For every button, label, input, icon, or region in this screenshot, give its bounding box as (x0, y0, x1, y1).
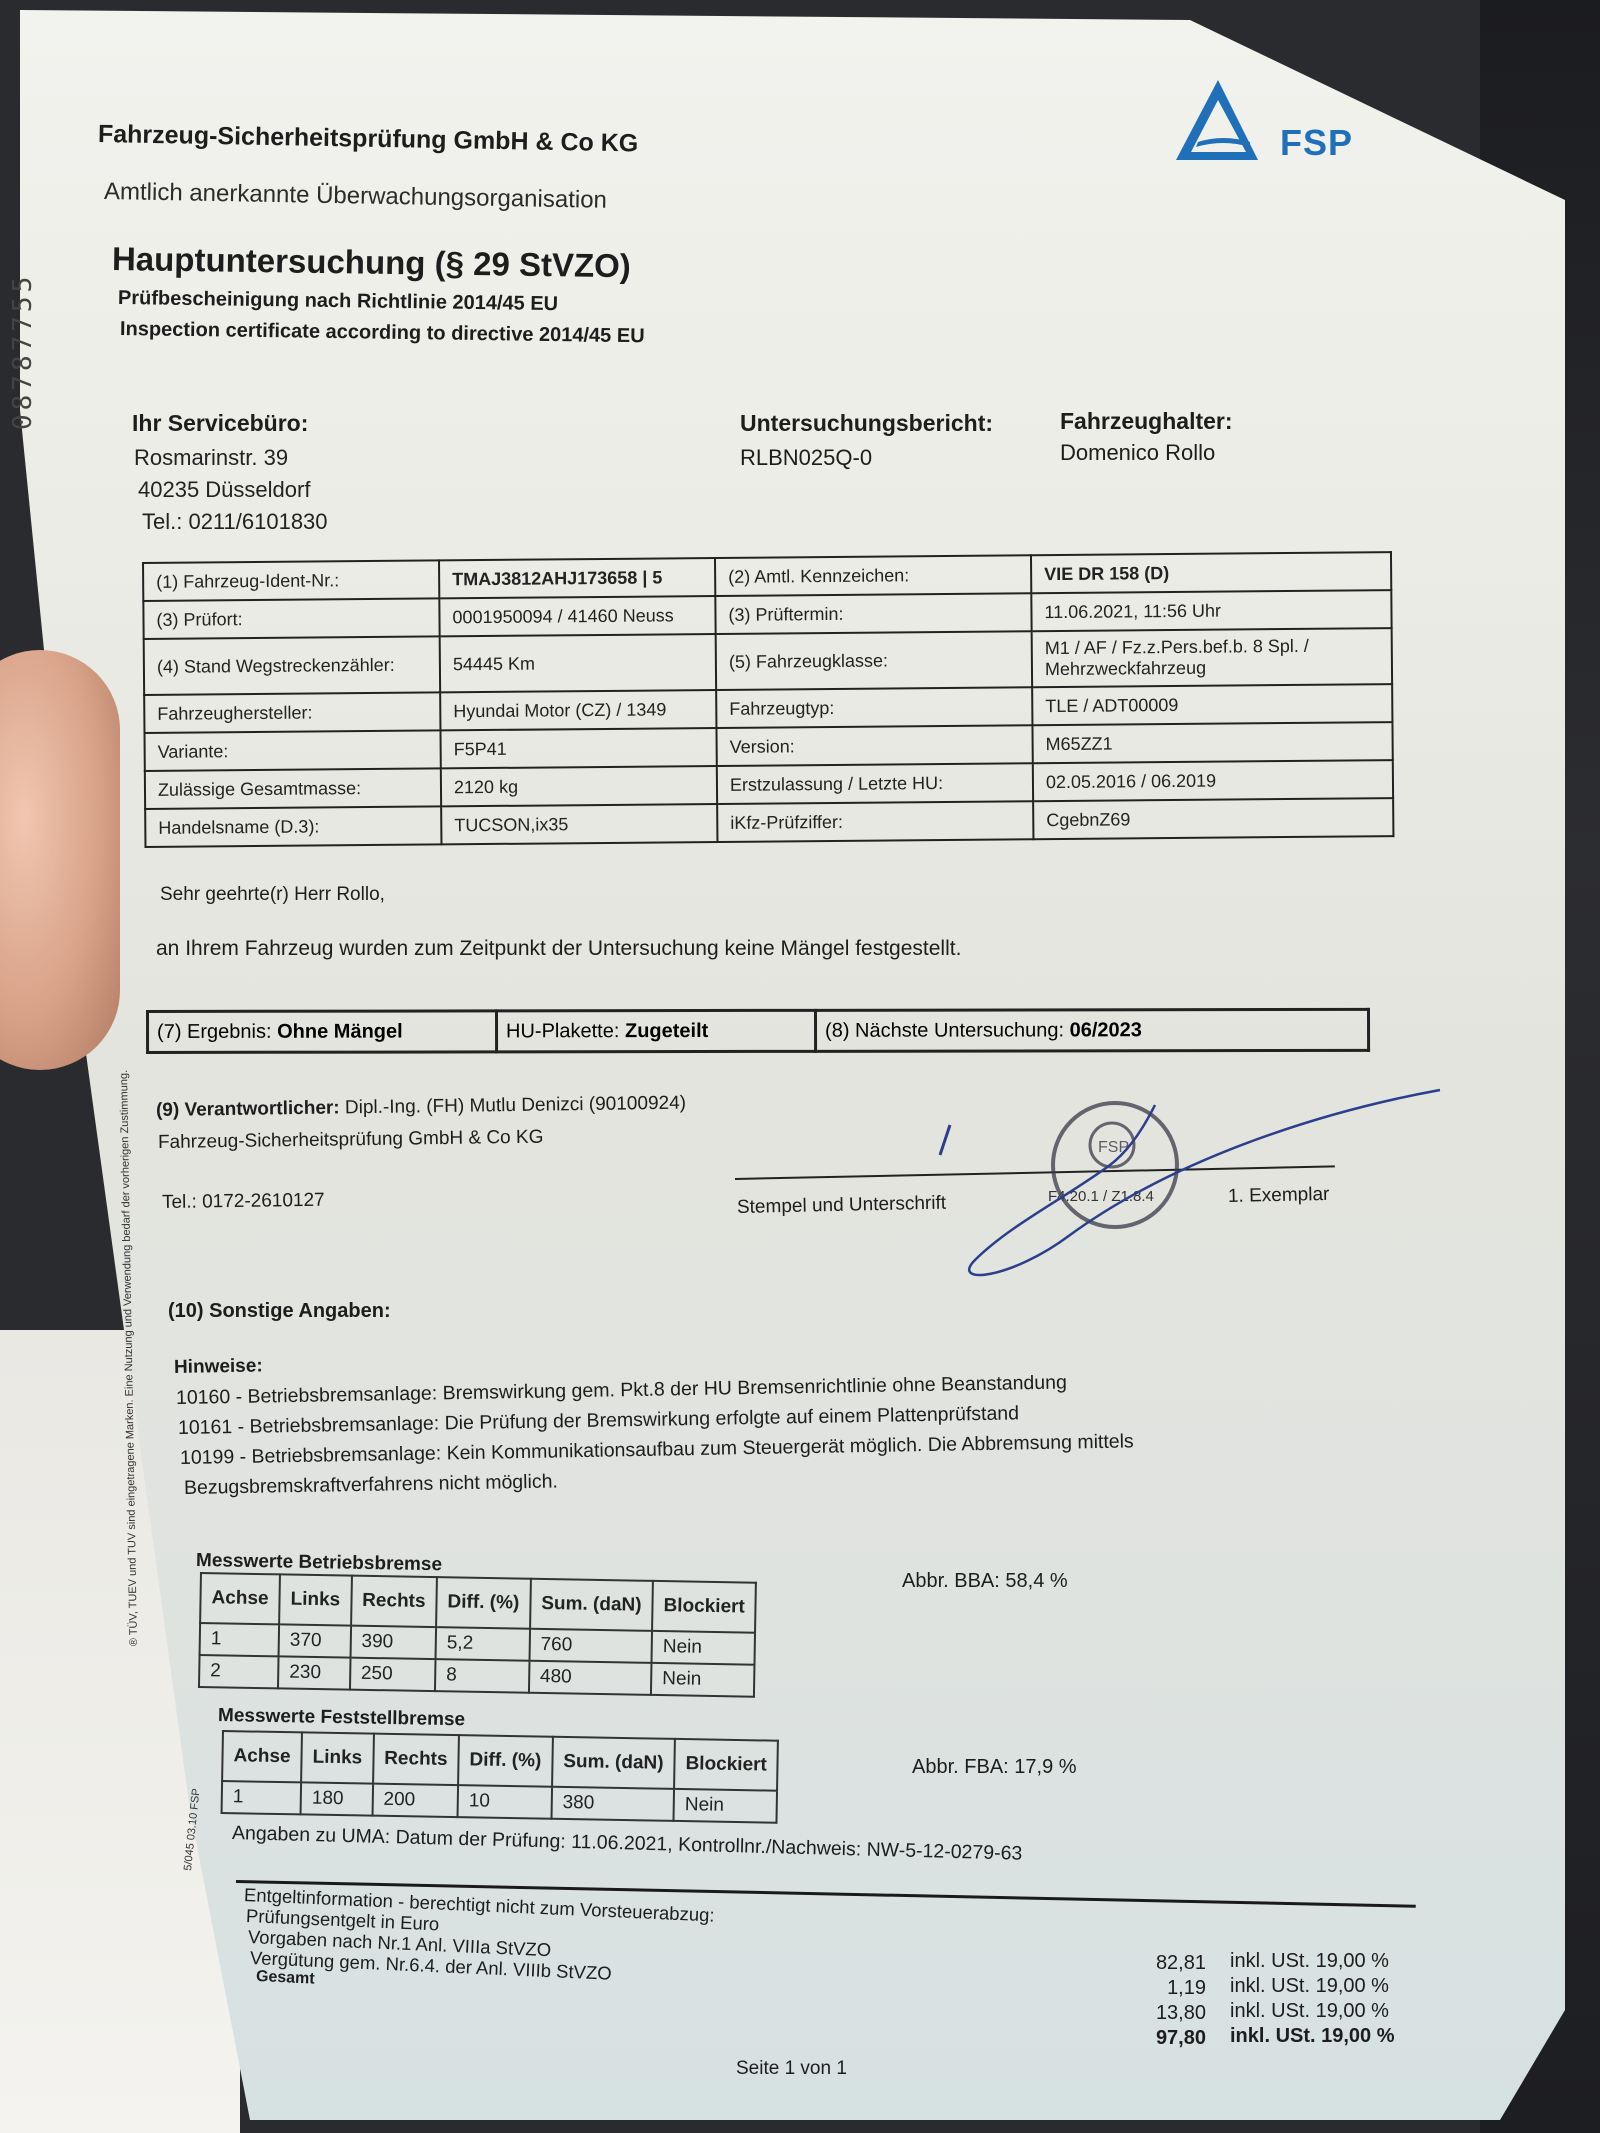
vehicle-field-label: (3) Prüfort: (143, 598, 439, 639)
hints-label: Hinweise: (174, 1355, 263, 1379)
vehicle-field-value: Hyundai Motor (CZ) / 1349 (440, 690, 716, 730)
vehicle-field-label: (5) Fahrzeugklasse: (716, 631, 1032, 690)
table-cell: 250 (350, 1658, 436, 1691)
table-cell: 5,2 (436, 1627, 530, 1661)
fee-amount: 82,81 (1106, 1952, 1206, 1975)
vehicle-field-label: Fahrzeugtyp: (716, 687, 1032, 728)
vehicle-field-value: M65ZZ1 (1032, 722, 1392, 763)
vehicle-field-value: 02.05.2016 / 06.2019 (1033, 760, 1393, 801)
vehicle-field-value: F5P41 (440, 728, 716, 768)
company-name: Fahrzeug-Sicherheitsprüfung GmbH & Co KG (98, 120, 639, 158)
service-office-street: Rosmarinstr. 39 (134, 445, 288, 471)
vehicle-field-value: TMAJ3812AHJ173658 | 5 (439, 558, 715, 598)
fee-total-tax: inkl. USt. 19,00 % (1230, 2025, 1395, 2048)
handwritten-signature-icon (930, 1085, 1450, 1295)
fee-total-label: Gesamt (256, 1968, 315, 1989)
vehicle-field-label: (2) Amtl. Kennzeichen: (715, 555, 1031, 596)
responsible-person: (9) Verantwortlicher: Dipl.-Ing. (FH) Mu… (156, 1093, 686, 1122)
greeting: Sehr geehrte(r) Herr Rollo, (160, 884, 385, 906)
fee-tax: inkl. USt. 19,00 % (1230, 1975, 1389, 1998)
service-brake-table: AchseLinksRechtsDiff. (%)Sum. (daN)Block… (198, 1572, 757, 1698)
vehicle-field-label: (1) Fahrzeug-Ident-Nr.: (143, 560, 439, 601)
vehicle-field-value: 2120 kg (441, 766, 717, 806)
result-label: (7) Ergebnis: (157, 1020, 272, 1042)
vehicle-field-value: TUCSON,ix35 (441, 804, 717, 844)
document-content: Fahrzeug-Sicherheitsprüfung GmbH & Co KG… (0, 0, 1600, 2133)
result-cell: (7) Ergebnis: Ohne Mängel (148, 1011, 497, 1053)
fee-tax: inkl. USt. 19,00 % (1230, 2000, 1389, 2023)
document-title: Hauptuntersuchung (§ 29 StVZO) (112, 240, 631, 285)
plakette-value: Zugeteilt (625, 1020, 708, 1042)
vehicle-field-value: VIE DR 158 (D) (1031, 552, 1391, 593)
responsible-label: (9) Verantwortlicher: (156, 1097, 340, 1121)
column-header: Rechts (351, 1576, 437, 1627)
result-table: (7) Ergebnis: Ohne Mängel HU-Plakette: Z… (146, 1008, 1370, 1054)
report-number: RLBN025Q-0 (740, 445, 872, 471)
fsp-logo-text: FSP (1280, 122, 1353, 164)
table-cell: 370 (279, 1624, 351, 1657)
fee-amount: 13,80 (1106, 2002, 1206, 2025)
result-value: Ohne Mängel (277, 1020, 403, 1042)
responsible-name: Dipl.-Ing. (FH) Mutlu Denizci (90100924) (345, 1093, 686, 1119)
owner-label: Fahrzeughalter: (1060, 408, 1233, 435)
vehicle-field-label: (3) Prüftermin: (715, 593, 1031, 634)
trademark-note: ® TÜV, TUEV und TUV sind eingetragene Ma… (118, 1070, 140, 1646)
service-brake-abbr: Abbr. BBA: 58,4 % (902, 1570, 1068, 1593)
table-cell: 480 (529, 1661, 652, 1695)
table-cell: 380 (551, 1787, 674, 1821)
vehicle-field-label: iKfz-Prüfziffer: (717, 801, 1033, 842)
company-subtitle: Amtlich anerkannte Überwachungsorganisat… (104, 178, 607, 215)
fee-amount: 1,19 (1106, 1977, 1206, 2000)
table-cell: 10 (458, 1785, 552, 1819)
next-inspection-label: (8) Nächste Untersuchung: (825, 1019, 1064, 1041)
fee-tax: inkl. USt. 19,00 % (1230, 1950, 1389, 1973)
plakette-cell: HU-Plakette: Zugeteilt (497, 1010, 816, 1052)
table-cell: 180 (301, 1782, 373, 1815)
vehicle-field-label: Erstzulassung / Letzte HU: (717, 763, 1033, 804)
table-cell: 8 (435, 1659, 529, 1693)
column-header: Blockiert (652, 1581, 756, 1633)
vehicle-field-value: TLE / ADT00009 (1032, 684, 1392, 725)
fee-total-amount: 97,80 (1106, 2027, 1206, 2050)
report-label: Untersuchungsbericht: (740, 410, 993, 437)
page-number: Seite 1 von 1 (736, 2058, 847, 2080)
vehicle-field-value: 11.06.2021, 11:56 Uhr (1031, 590, 1391, 631)
service-office-label: Ihr Servicebüro: (132, 410, 308, 437)
signature-label: Stempel und Unterschrift (737, 1193, 947, 1219)
vehicle-field-label: Handelsname (D.3): (145, 806, 441, 847)
table-cell: 760 (529, 1629, 652, 1663)
table-cell: Nein (652, 1631, 756, 1665)
table-cell: 1 (222, 1781, 302, 1814)
column-header: Diff. (%) (458, 1735, 553, 1787)
next-inspection-cell: (8) Nächste Untersuchung: 06/2023 (816, 1009, 1369, 1051)
serial-number: 08787755 (8, 273, 38, 430)
parking-brake-table: AchseLinksRechtsDiff. (%)Sum. (daN)Block… (221, 1730, 780, 1824)
vehicle-field-value: 0001950094 / 41460 Neuss (439, 596, 715, 636)
owner-name: Domenico Rollo (1060, 440, 1215, 466)
column-header: Sum. (daN) (530, 1579, 653, 1631)
service-office-phone: Tel.: 0211/6101830 (142, 509, 328, 535)
other-info-label: (10) Sonstige Angaben: (168, 1300, 391, 1323)
parking-brake-title: Messwerte Feststellbremse (218, 1705, 465, 1731)
plakette-label: HU-Plakette: (506, 1020, 619, 1042)
column-header: Links (279, 1574, 351, 1625)
result-message: an Ihrem Fahrzeug wurden zum Zeitpunkt d… (156, 937, 961, 961)
uma-info: Angaben zu UMA: Datum der Prüfung: 11.06… (232, 1822, 1023, 1866)
column-header: Diff. (%) (436, 1577, 531, 1629)
table-cell: 230 (278, 1656, 350, 1689)
table-cell: Nein (674, 1789, 778, 1823)
vehicle-field-label: Variante: (144, 730, 440, 771)
vehicle-field-label: Version: (716, 725, 1032, 766)
vehicle-field-value: 54445 Km (440, 634, 716, 692)
responsible-company: Fahrzeug-Sicherheitsprüfung GmbH & Co KG (158, 1127, 544, 1154)
vehicle-field-label: (4) Stand Wegstreckenzähler: (144, 636, 440, 695)
table-cell: 2 (199, 1655, 279, 1688)
column-header: Achse (222, 1731, 302, 1782)
column-header: Sum. (daN) (552, 1737, 675, 1789)
vehicle-data-table: (1) Fahrzeug-Ident-Nr.:TMAJ3812AHJ173658… (142, 551, 1394, 848)
fee-total-tax-text: inkl. USt. 19,00 % (1230, 2025, 1395, 2047)
vehicle-field-value: CgebnZ69 (1033, 798, 1393, 839)
document-subtitle-de: Prüfbescheinigung nach Richtlinie 2014/4… (118, 287, 558, 316)
document-subtitle-en: Inspection certificate according to dire… (120, 318, 645, 348)
vehicle-field-value: M1 / AF / Fz.z.Pers.bef.b. 8 Spl. / Mehr… (1032, 628, 1392, 687)
hint-line: Bezugsbremskraftverfahrens nicht möglich… (184, 1470, 558, 1500)
column-header: Blockiert (674, 1739, 778, 1791)
table-cell: Nein (651, 1663, 755, 1697)
column-header: Links (301, 1732, 373, 1783)
responsible-phone: Tel.: 0172-2610127 (162, 1190, 325, 1214)
column-header: Rechts (373, 1734, 459, 1785)
table-cell: 1 (200, 1623, 280, 1656)
vehicle-field-label: Zulässige Gesamtmasse: (145, 768, 441, 809)
column-header: Achse (200, 1573, 280, 1624)
parking-brake-abbr: Abbr. FBA: 17,9 % (912, 1756, 1077, 1779)
table-cell: 200 (372, 1784, 458, 1817)
table-cell: 390 (350, 1626, 436, 1659)
service-office-city: 40235 Düsseldorf (138, 477, 310, 503)
vehicle-field-label: Fahrzeughersteller: (144, 692, 440, 733)
next-inspection-value: 06/2023 (1070, 1019, 1142, 1041)
form-id: 5/045 03.10 FSP (182, 1788, 203, 1871)
